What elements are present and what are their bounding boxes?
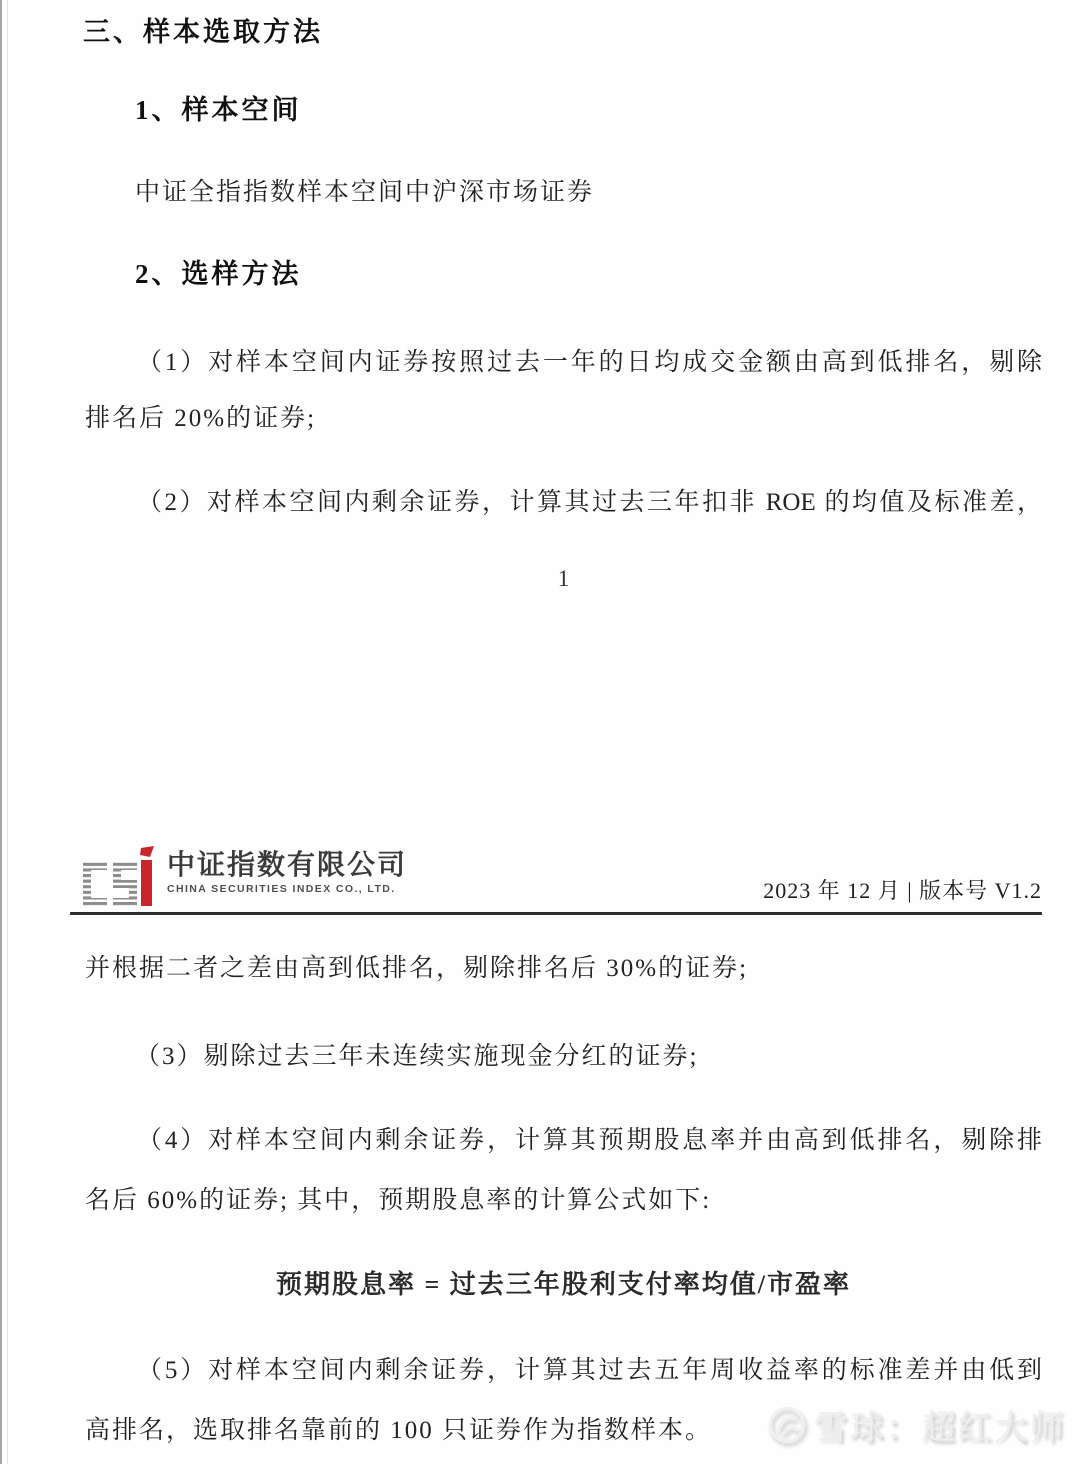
scan-edge-line-faint	[7, 0, 8, 1464]
company-name-en: CHINA SECURITIES INDEX CO., LTD.	[167, 883, 407, 895]
item3-line: （3）剔除过去三年未连续实施现金分红的证券;	[135, 1036, 698, 1072]
item5-line1: （5）对样本空间内剩余证券，计算其过去五年周收益率的标准差并由低到	[137, 1350, 1042, 1386]
scan-edge-line	[0, 0, 2, 1464]
csi-logo-band: 中证指数有限公司 CHINA SECURITIES INDEX CO., LTD…	[83, 846, 407, 910]
item2-continuation: 并根据二者之差由高到低排名，剔除排名后 30%的证券;	[85, 948, 748, 984]
section-heading: 三、样本选取方法	[83, 10, 323, 49]
item1-line2: 排名后 20%的证券;	[85, 398, 316, 434]
company-name-cn: 中证指数有限公司	[167, 850, 407, 881]
item1-line1: （1）对样本空间内证券按照过去一年的日均成交金额由高到低排名，剔除	[137, 342, 1042, 378]
csi-logo-icon	[83, 846, 155, 908]
subsection2-heading: 2、选样方法	[135, 252, 302, 291]
item2-line1: （2）对样本空间内剩余证券，计算其过去三年扣非 ROE 的均值及标准差，	[137, 482, 1042, 518]
watermark-text: 雪球：超红大师	[814, 1400, 1066, 1449]
page-number: 1	[85, 566, 1042, 592]
subsection1-body: 中证全指指数样本空间中沪深市场证券	[135, 172, 594, 208]
footer-divider-line	[70, 912, 1042, 915]
xueqiu-watermark: 雪球：超红大师	[768, 1400, 1066, 1449]
item4-line2: 名后 60%的证券; 其中，预期股息率的计算公式如下:	[85, 1180, 711, 1216]
company-name-block: 中证指数有限公司 CHINA SECURITIES INDEX CO., LTD…	[167, 846, 407, 895]
item4-line1: （4）对样本空间内剩余证券，计算其预期股息率并由高到低排名，剔除排	[137, 1120, 1042, 1156]
item5-line2: 高排名，选取排名靠前的 100 只证券作为指数样本。	[85, 1410, 712, 1446]
xueqiu-logo-icon	[768, 1406, 806, 1444]
document-page: 三、样本选取方法 1、样本空间 中证全指指数样本空间中沪深市场证券 2、选样方法…	[0, 0, 1080, 1464]
dividend-yield-formula: 预期股息率 = 过去三年股利支付率均值/市盈率	[85, 1264, 1042, 1301]
subsection1-heading: 1、样本空间	[135, 88, 302, 127]
version-info: 2023 年 12 月 | 版本号 V1.2	[763, 874, 1042, 905]
